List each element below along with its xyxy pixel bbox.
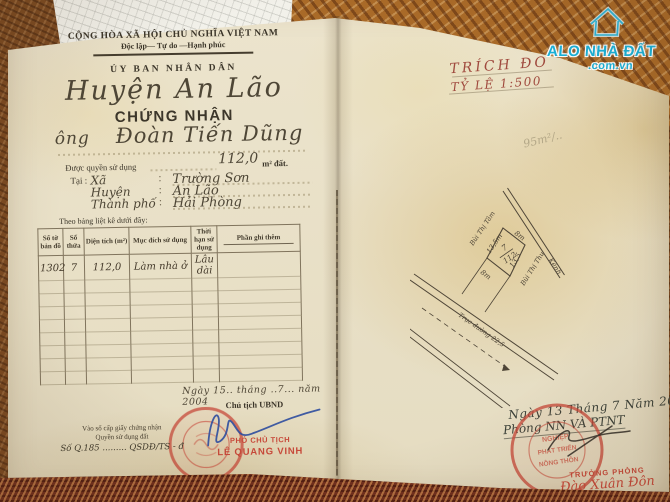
house-icon [584,4,630,38]
watermark-brand: ALO NHÀ ĐẤT [546,43,669,60]
header-rule [93,52,253,56]
boundary-extension [485,276,510,312]
national-header: CỘNG HÒA XÃ HỘI CHỦ NGHĨA VIỆT NAM Độc l… [28,27,319,107]
deputy-title: PHÓ CHỦ TỊCH [205,435,315,446]
lower-road-line [414,274,558,374]
location-row-city: Thành phố : Hải Phòng [91,193,321,210]
cell-term: Lâu dài [191,253,217,278]
registry-note: Vào sổ cấp giấy chứng nhận Quyền sử dụng… [37,422,207,453]
col-notes: Phần ghi thêm [217,224,300,253]
watermark-domain: .com.vn [588,60,669,72]
col-parcel-no: Số thửa [63,228,84,256]
sketch-right-page: TRÍCH ĐO TỶ LỆ 1:500 ALO NHÀ ĐẤT .com.vn… [340,0,670,502]
back-width-label: 8m [479,268,493,281]
location-label: Tại : [70,176,87,186]
location-level-label: Thành phố [91,196,156,211]
cell-purpose: Làm nhà ở [129,253,191,279]
front-width-label: 8m [513,229,527,242]
deputy-name: LÊ QUANG VINH [195,445,325,458]
grantee-name: Đoàn Tiến Dũng [116,121,304,148]
certificate-left-page: CỘNG HÒA XÃ HỘI CHỦ NGHĨA VIỆT NAM Độc l… [8,27,341,502]
grant-label: Được quyền sử dụng [65,162,136,173]
col-term: Thời hạn sử dụng [191,226,217,254]
pencil-annotation: 95m²/.. [522,128,564,150]
ruled-line [58,150,308,156]
col-map-sheet: Số tờ bản đồ [38,228,63,256]
colon: : [159,184,162,196]
lower-road-label: Trục đường 22,5 [457,311,506,349]
grantee-prefix: ông [55,128,90,149]
signature-stroke [548,426,630,456]
cadastral-sketch: 8m 13,5m Bùi Thị Tâm 8m 13,5 Bùi Thị Thu… [410,158,670,408]
table-intro: Theo bảng liệt kê dưới đây: [59,215,147,226]
colon: : [158,172,161,184]
header-underline [224,243,294,245]
area-unit: m² đất. [262,158,288,168]
cell-parcel-no: 7 [63,255,84,280]
cell-notes [217,251,300,277]
second-road-line [410,334,505,408]
colon: : [159,196,162,208]
parcel-table: Số tờ bản đồ Số thửa Diện tích (m²) Mục … [37,224,302,386]
chief-signature [540,420,635,462]
col-purpose: Mục đích sử dụng [129,226,191,254]
col-notes-label: Phần ghi thêm [237,233,281,242]
watermark: ALO NHÀ ĐẤT .com.vn [546,4,670,72]
col-area: Diện tích (m²) [84,227,129,255]
cell-area: 112,0 [84,254,129,280]
photo-of-land-certificate: CỘNG HÒA XÃ HỘI CHỦ NGHĨA VIỆT NAM Độc l… [0,0,670,502]
upper-road-label: Kênh [546,256,563,276]
area-value: 112,0 [218,151,258,168]
issuer-handwritten: Huyện An Lão [29,71,319,107]
grantee-line: ôngĐoàn Tiến Dũng [55,121,315,150]
cell-map-sheet: 1302 [38,256,63,281]
